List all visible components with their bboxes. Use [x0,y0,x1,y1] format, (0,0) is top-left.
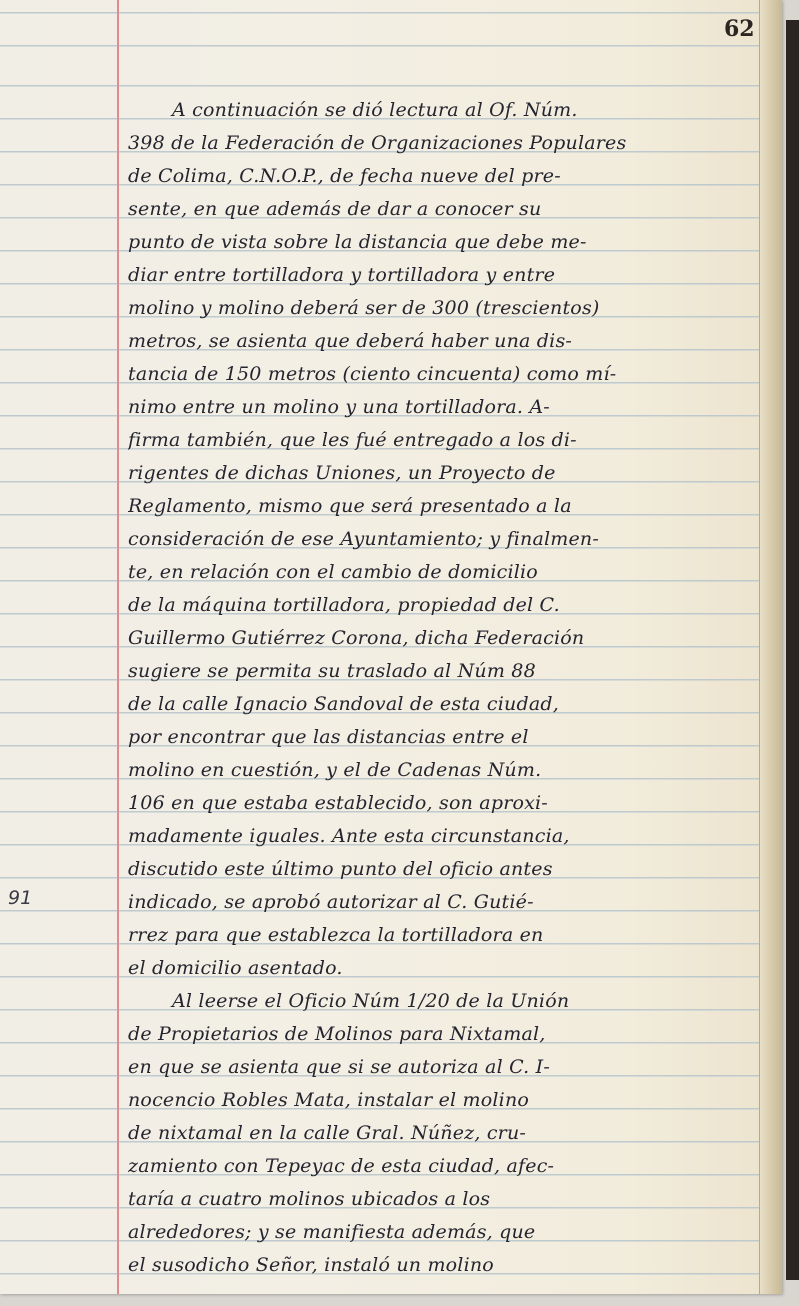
text-line: zamiento con Tepeyac de esta ciudad, afe… [128,1150,768,1183]
text-line: te, en relación con el cambio de domicil… [128,556,768,589]
handwritten-body: A continuación se dió lectura al Of. Núm… [128,94,768,1282]
text-line: nimo entre un molino y una tortilladora.… [128,391,768,424]
margin-note: 91 [8,887,32,909]
text-line: de la calle Ignacio Sandoval de esta ciu… [128,688,768,721]
text-line: 106 en que estaba establecido, son aprox… [128,787,768,820]
text-line: A continuación se dió lectura al Of. Núm… [128,94,768,127]
text-line: rigentes de dichas Uniones, un Proyecto … [128,457,768,490]
book-binding [786,20,799,1280]
text-line: por encontrar que las distancias entre e… [128,721,768,754]
text-line: nocencio Robles Mata, instalar el molino [128,1084,768,1117]
text-line: tancia de 150 metros (ciento cincuenta) … [128,358,768,391]
text-line: consideración de ese Ayuntamiento; y fin… [128,523,768,556]
text-line: de Propietarios de Molinos para Nixtamal… [128,1018,768,1051]
red-margin-line [117,0,119,1294]
text-line: rrez para que establezca la tortilladora… [128,919,768,952]
text-line: Al leerse el Oficio Núm 1/20 de la Unión [128,985,768,1018]
text-line: de Colima, C.N.O.P., de fecha nueve del … [128,160,768,193]
text-line: Reglamento, mismo que será presentado a … [128,490,768,523]
page-number: 62 [724,16,755,42]
ledger-page: 62 91 A continuación se dió lectura al O… [0,0,782,1294]
text-line: sente, en que además de dar a conocer su [128,193,768,226]
text-line: madamente iguales. Ante esta circunstanc… [128,820,768,853]
text-line: metros, se asienta que deberá haber una … [128,325,768,358]
text-line: de la máquina tortilladora, propiedad de… [128,589,768,622]
text-line: molino y molino deberá ser de 300 (tresc… [128,292,768,325]
text-line: punto de vista sobre la distancia que de… [128,226,768,259]
text-line: sugiere se permita su traslado al Núm 88 [128,655,768,688]
text-line: Guillermo Gutiérrez Corona, dicha Federa… [128,622,768,655]
text-line: discutido este último punto del oficio a… [128,853,768,886]
text-line: diar entre tortilladora y tortilladora y… [128,259,768,292]
text-line: el susodicho Señor, instaló un molino [128,1249,768,1282]
text-line: taría a cuatro molinos ubicados a los [128,1183,768,1216]
text-line: en que se asienta que si se autoriza al … [128,1051,768,1084]
text-line: indicado, se aprobó autorizar al C. Guti… [128,886,768,919]
text-line: el domicilio asentado. [128,952,768,985]
text-line: de nixtamal en la calle Gral. Núñez, cru… [128,1117,768,1150]
text-line: firma también, que les fué entregado a l… [128,424,768,457]
text-line: molino en cuestión, y el de Cadenas Núm. [128,754,768,787]
text-line: 398 de la Federación de Organizaciones P… [128,127,768,160]
text-line: alrededores; y se manifiesta además, que [128,1216,768,1249]
